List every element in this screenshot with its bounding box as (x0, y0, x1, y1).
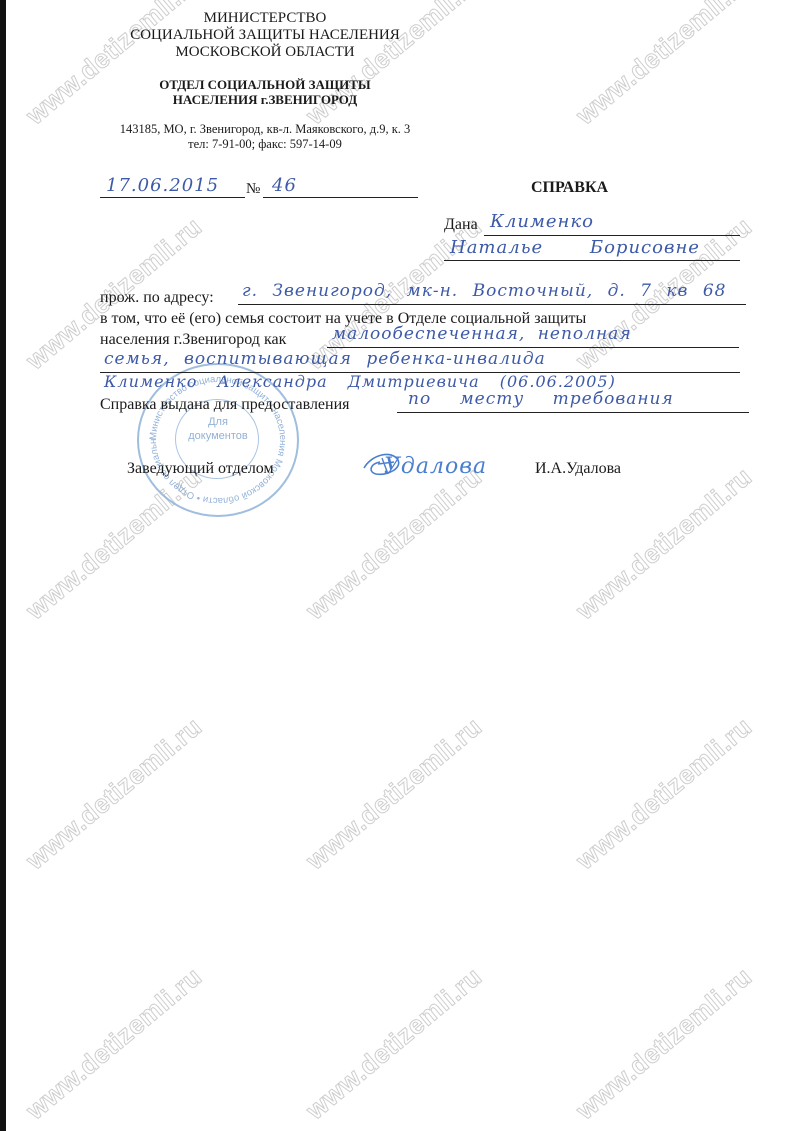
address-label: прож. по адресу: (100, 289, 214, 307)
stamp-center-line: Для (139, 415, 297, 429)
ministry-line: СОЦИАЛЬНОЙ ЗАЩИТЫ НАСЕЛЕНИЯ (90, 27, 440, 44)
purpose-label: Справка выдана для предоставления (100, 396, 350, 414)
watermark: www.detizemli.ru (570, 961, 758, 1126)
watermark: www.detizemli.ru (570, 461, 758, 626)
family-status-2: семья, воспитывающая ребенка-инвалида (104, 349, 546, 369)
recipient-name: Наталье Борисовне (450, 237, 700, 258)
ministry-line: МИНИСТЕРСТВО (90, 10, 440, 27)
department-line: НАСЕЛЕНИЯ г.ЗВЕНИГОРОД (90, 92, 440, 107)
stamp-center-line: документов (139, 429, 297, 443)
given-line-2 (444, 260, 740, 261)
letterhead: МИНИСТЕРСТВО СОЦИАЛЬНОЙ ЗАЩИТЫ НАСЕЛЕНИЯ… (90, 10, 440, 152)
address-value: г. Звенигород, мк-н. Восточный, д. 7 кв … (242, 281, 726, 301)
purpose-value: по месту требования (408, 389, 674, 409)
signature-text: Удалова (384, 454, 487, 479)
ministry-line: МОСКОВСКОЙ ОБЛАСТИ (90, 44, 440, 61)
number-label: № (246, 181, 260, 198)
status-line-1 (327, 347, 739, 348)
family-status-1: малообеспеченная, неполная (332, 324, 632, 344)
signer-title: Заведующий отделом (127, 460, 274, 478)
stamp-center-text: Для документов (139, 415, 297, 443)
watermark-layer: www.detizemli.ru www.detizemli.ru www.de… (0, 0, 800, 1131)
purpose-line (397, 412, 749, 413)
watermark: www.detizemli.ru (20, 711, 208, 876)
watermark: www.detizemli.ru (300, 961, 488, 1126)
given-line-1 (484, 235, 740, 236)
watermark: www.detizemli.ru (20, 961, 208, 1126)
watermark: www.detizemli.ru (300, 711, 488, 876)
given-label: Дана (444, 216, 478, 234)
department-address: 143185, МО, г. Звенигород, кв-л. Маяковс… (90, 122, 440, 137)
signature: Удалова (358, 440, 488, 505)
number-line (263, 197, 418, 198)
watermark: www.detizemli.ru (570, 0, 758, 131)
statement-label: населения г.Звенигород как (100, 331, 286, 349)
signer-name: И.А.Удалова (535, 460, 621, 478)
address-line (238, 304, 746, 305)
document-number: 46 (272, 175, 297, 196)
scan-left-edge (0, 0, 6, 1131)
document-title: СПРАВКА (531, 179, 608, 197)
date-line (100, 197, 245, 198)
recipient-surname: Клименко (490, 211, 594, 232)
department-line: ОТДЕЛ СОЦИАЛЬНОЙ ЗАЩИТЫ (90, 77, 440, 92)
document-date: 17.06.2015 (106, 175, 219, 196)
department-phones: тел: 7-91-00; факс: 597-14-09 (90, 137, 440, 152)
watermark: www.detizemli.ru (570, 711, 758, 876)
